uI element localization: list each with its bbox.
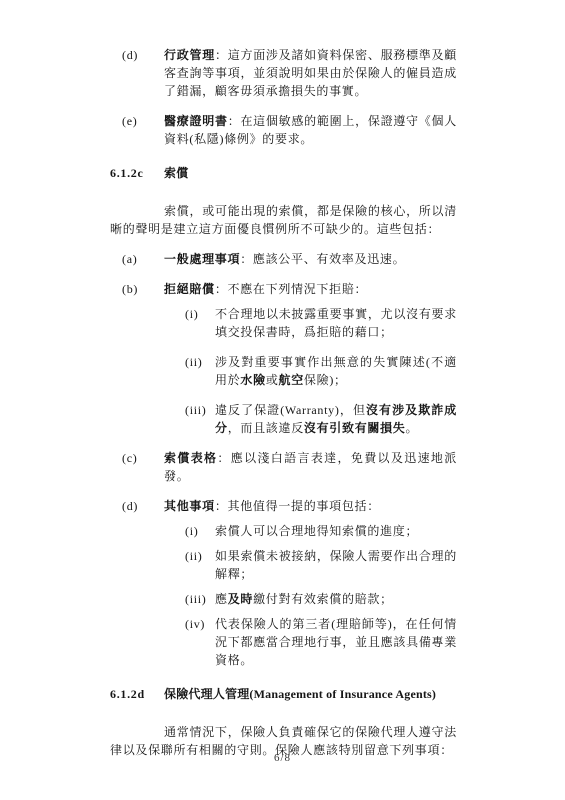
sub-item-text: 違反了保證(Warranty)，但沒有涉及欺詐成分，而且該違反沒有引致有關損失。 <box>215 401 457 437</box>
sub-item-label: (iii) <box>185 590 215 608</box>
list-item-admin: (d) 行政管理：這方面涉及諸如資料保密、服務標準及顧客查詢等事項，並須說明如果… <box>110 46 457 100</box>
sub-list-item: (i) 不合理地以未披露重要事實，尤以沒有要求填交投保書時，爲拒賠的藉口； <box>110 305 457 341</box>
item-text: 拒絕賠償：不應在下列情況下拒賠： <box>164 280 457 298</box>
sub-list-item: (ii) 如果索償未被接納，保險人需要作出合理的解釋； <box>110 547 457 583</box>
section-title: 保險代理人管理(Management of Insurance Agents) <box>164 685 436 703</box>
page-content: (d) 行政管理：這方面涉及諸如資料保密、服務標準及顧客查詢等事項，並須說明如果… <box>110 46 457 771</box>
sub-item-text: 涉及對重要事實作出無意的失實陳述(不適用於水險或航空保險)； <box>215 353 457 389</box>
item-label: (c) <box>110 449 164 485</box>
item-label: (e) <box>110 112 164 148</box>
sub-list-item: (ii) 涉及對重要事實作出無意的失實陳述(不適用於水險或航空保險)； <box>110 353 457 389</box>
document-page: (d) 行政管理：這方面涉及諸如資料保密、服務標準及顧客查詢等事項，並須說明如果… <box>0 0 565 800</box>
item-label: (a) <box>110 250 164 268</box>
sub-item-text: 索償人可以合理地得知索償的進度； <box>215 522 457 540</box>
sub-item-text: 應及時繳付對有效索償的賠款； <box>215 590 457 608</box>
section-heading-claims: 6.1.2c 索償 <box>110 164 457 182</box>
item-text: 行政管理：這方面涉及諸如資料保密、服務標準及顧客查詢等事項，並須說明如果由於保險… <box>164 46 457 100</box>
sub-list-item: (iii) 應及時繳付對有效索償的賠款； <box>110 590 457 608</box>
sub-item-label: (i) <box>185 305 215 341</box>
sub-item-label: (ii) <box>185 353 215 389</box>
list-item-general-handling: (a) 一般處理事項：應該公平、有效率及迅速。 <box>110 250 457 268</box>
sub-list-item: (iii) 違反了保證(Warranty)，但沒有涉及欺詐成分，而且該違反沒有引… <box>110 401 457 437</box>
sub-item-label: (ii) <box>185 547 215 583</box>
sub-item-text: 不合理地以未披露重要事實，尤以沒有要求填交投保書時，爲拒賠的藉口； <box>215 305 457 341</box>
section-title: 索償 <box>164 164 188 182</box>
list-item-refusal: (b) 拒絕賠償：不應在下列情況下拒賠： <box>110 280 457 298</box>
item-text: 醫療證明書：在這個敏感的範圍上，保證遵守《個人資料(私隱)條例》的要求。 <box>164 112 457 148</box>
item-text: 索償表格：應以淺白語言表達，免費以及迅速地派發。 <box>164 449 457 485</box>
sub-item-text: 代表保險人的第三者(理賠師等)，在任何情況下都應當合理地行事，並且應該具備專業資… <box>215 615 457 669</box>
list-item-medical-cert: (e) 醫療證明書：在這個敏感的範圍上，保證遵守《個人資料(私隱)條例》的要求。 <box>110 112 457 148</box>
section-heading-agents: 6.1.2d 保險代理人管理(Management of Insurance A… <box>110 685 457 703</box>
sub-item-label: (i) <box>185 522 215 540</box>
paragraph-claims-intro: 索償，或可能出現的索償，都是保險的核心，所以清晰的聲明是建立這方面優良慣例所不可… <box>110 202 457 238</box>
item-text: 一般處理事項：應該公平、有效率及迅速。 <box>164 250 457 268</box>
list-item-claim-forms: (c) 索償表格：應以淺白語言表達，免費以及迅速地派發。 <box>110 449 457 485</box>
item-text: 其他事項：其他值得一提的事項包括： <box>164 497 457 515</box>
list-item-other-matters: (d) 其他事項：其他值得一提的事項包括： <box>110 497 457 515</box>
item-label: (b) <box>110 280 164 298</box>
sub-list-item: (i) 索償人可以合理地得知索償的進度； <box>110 522 457 540</box>
item-label: (d) <box>110 497 164 515</box>
footer-page-number: 6/8 <box>0 752 565 764</box>
section-number: 6.1.2d <box>110 685 164 703</box>
sub-item-label: (iv) <box>185 615 215 669</box>
sub-list-item: (iv) 代表保險人的第三者(理賠師等)，在任何情況下都應當合理地行事，並且應該… <box>110 615 457 669</box>
section-number: 6.1.2c <box>110 164 164 182</box>
sub-item-text: 如果索償未被接納，保險人需要作出合理的解釋； <box>215 547 457 583</box>
item-label: (d) <box>110 46 164 100</box>
sub-item-label: (iii) <box>185 401 215 437</box>
